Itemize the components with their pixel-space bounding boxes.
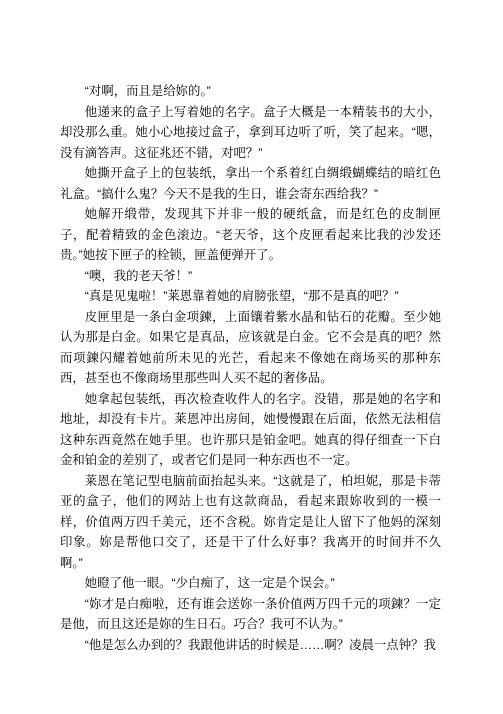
paragraph: “他是怎么办到的？我跟他讲话的时候是……啊？凌晨一点钟？我 xyxy=(60,635,441,656)
paragraph: 她解开缎带，发现其下并非一般的硬纸盒，而是红色的皮制匣子，配着精致的金色滚边。“… xyxy=(60,204,441,266)
paragraph: 她瞪了他一眼。“少白痴了，这一定是个误会。” xyxy=(60,573,441,594)
document-page: “对啊，而且是给妳的。” 他递来的盒子上写着她的名字。盒子大概是一本精装书的大小… xyxy=(0,0,503,714)
paragraph: “噢，我的老天爷！” xyxy=(60,266,441,287)
paragraph: 他递来的盒子上写着她的名字。盒子大概是一本精装书的大小，却没那么重。她小心地接过… xyxy=(60,102,441,164)
paragraph: “真是见鬼啦！”莱恩靠着她的肩膀张望，“那不是真的吧？” xyxy=(60,286,441,307)
page-text: “对啊，而且是给妳的。” 他递来的盒子上写着她的名字。盒子大概是一本精装书的大小… xyxy=(60,81,441,655)
paragraph: 她拿起包装纸，再次检查收件人的名字。没错，那是她的名字和地址，却没有卡片。莱恩冲… xyxy=(60,389,441,471)
paragraph: 莱恩在笔记型电脑前面抬起头来。“这就是了，柏坦妮，那是卡蒂亚的盒子，他们的网站上… xyxy=(60,471,441,574)
paragraph: 皮匣里是一条白金项鍊，上面镶着紫水晶和钻石的花瓣。至少她认为那是白金。如果它是真… xyxy=(60,307,441,389)
paragraph: “妳才是白痴啦，还有谁会送妳一条价值两万四千元的项鍊？一定是他，而且这还是妳的生… xyxy=(60,594,441,635)
paragraph: 她撕开盒子上的包装纸，拿出一个系着红白绸缎蝴蝶结的暗红色礼盒。“搞什么鬼？今天不… xyxy=(60,163,441,204)
paragraph: “对啊，而且是给妳的。” xyxy=(60,81,441,102)
